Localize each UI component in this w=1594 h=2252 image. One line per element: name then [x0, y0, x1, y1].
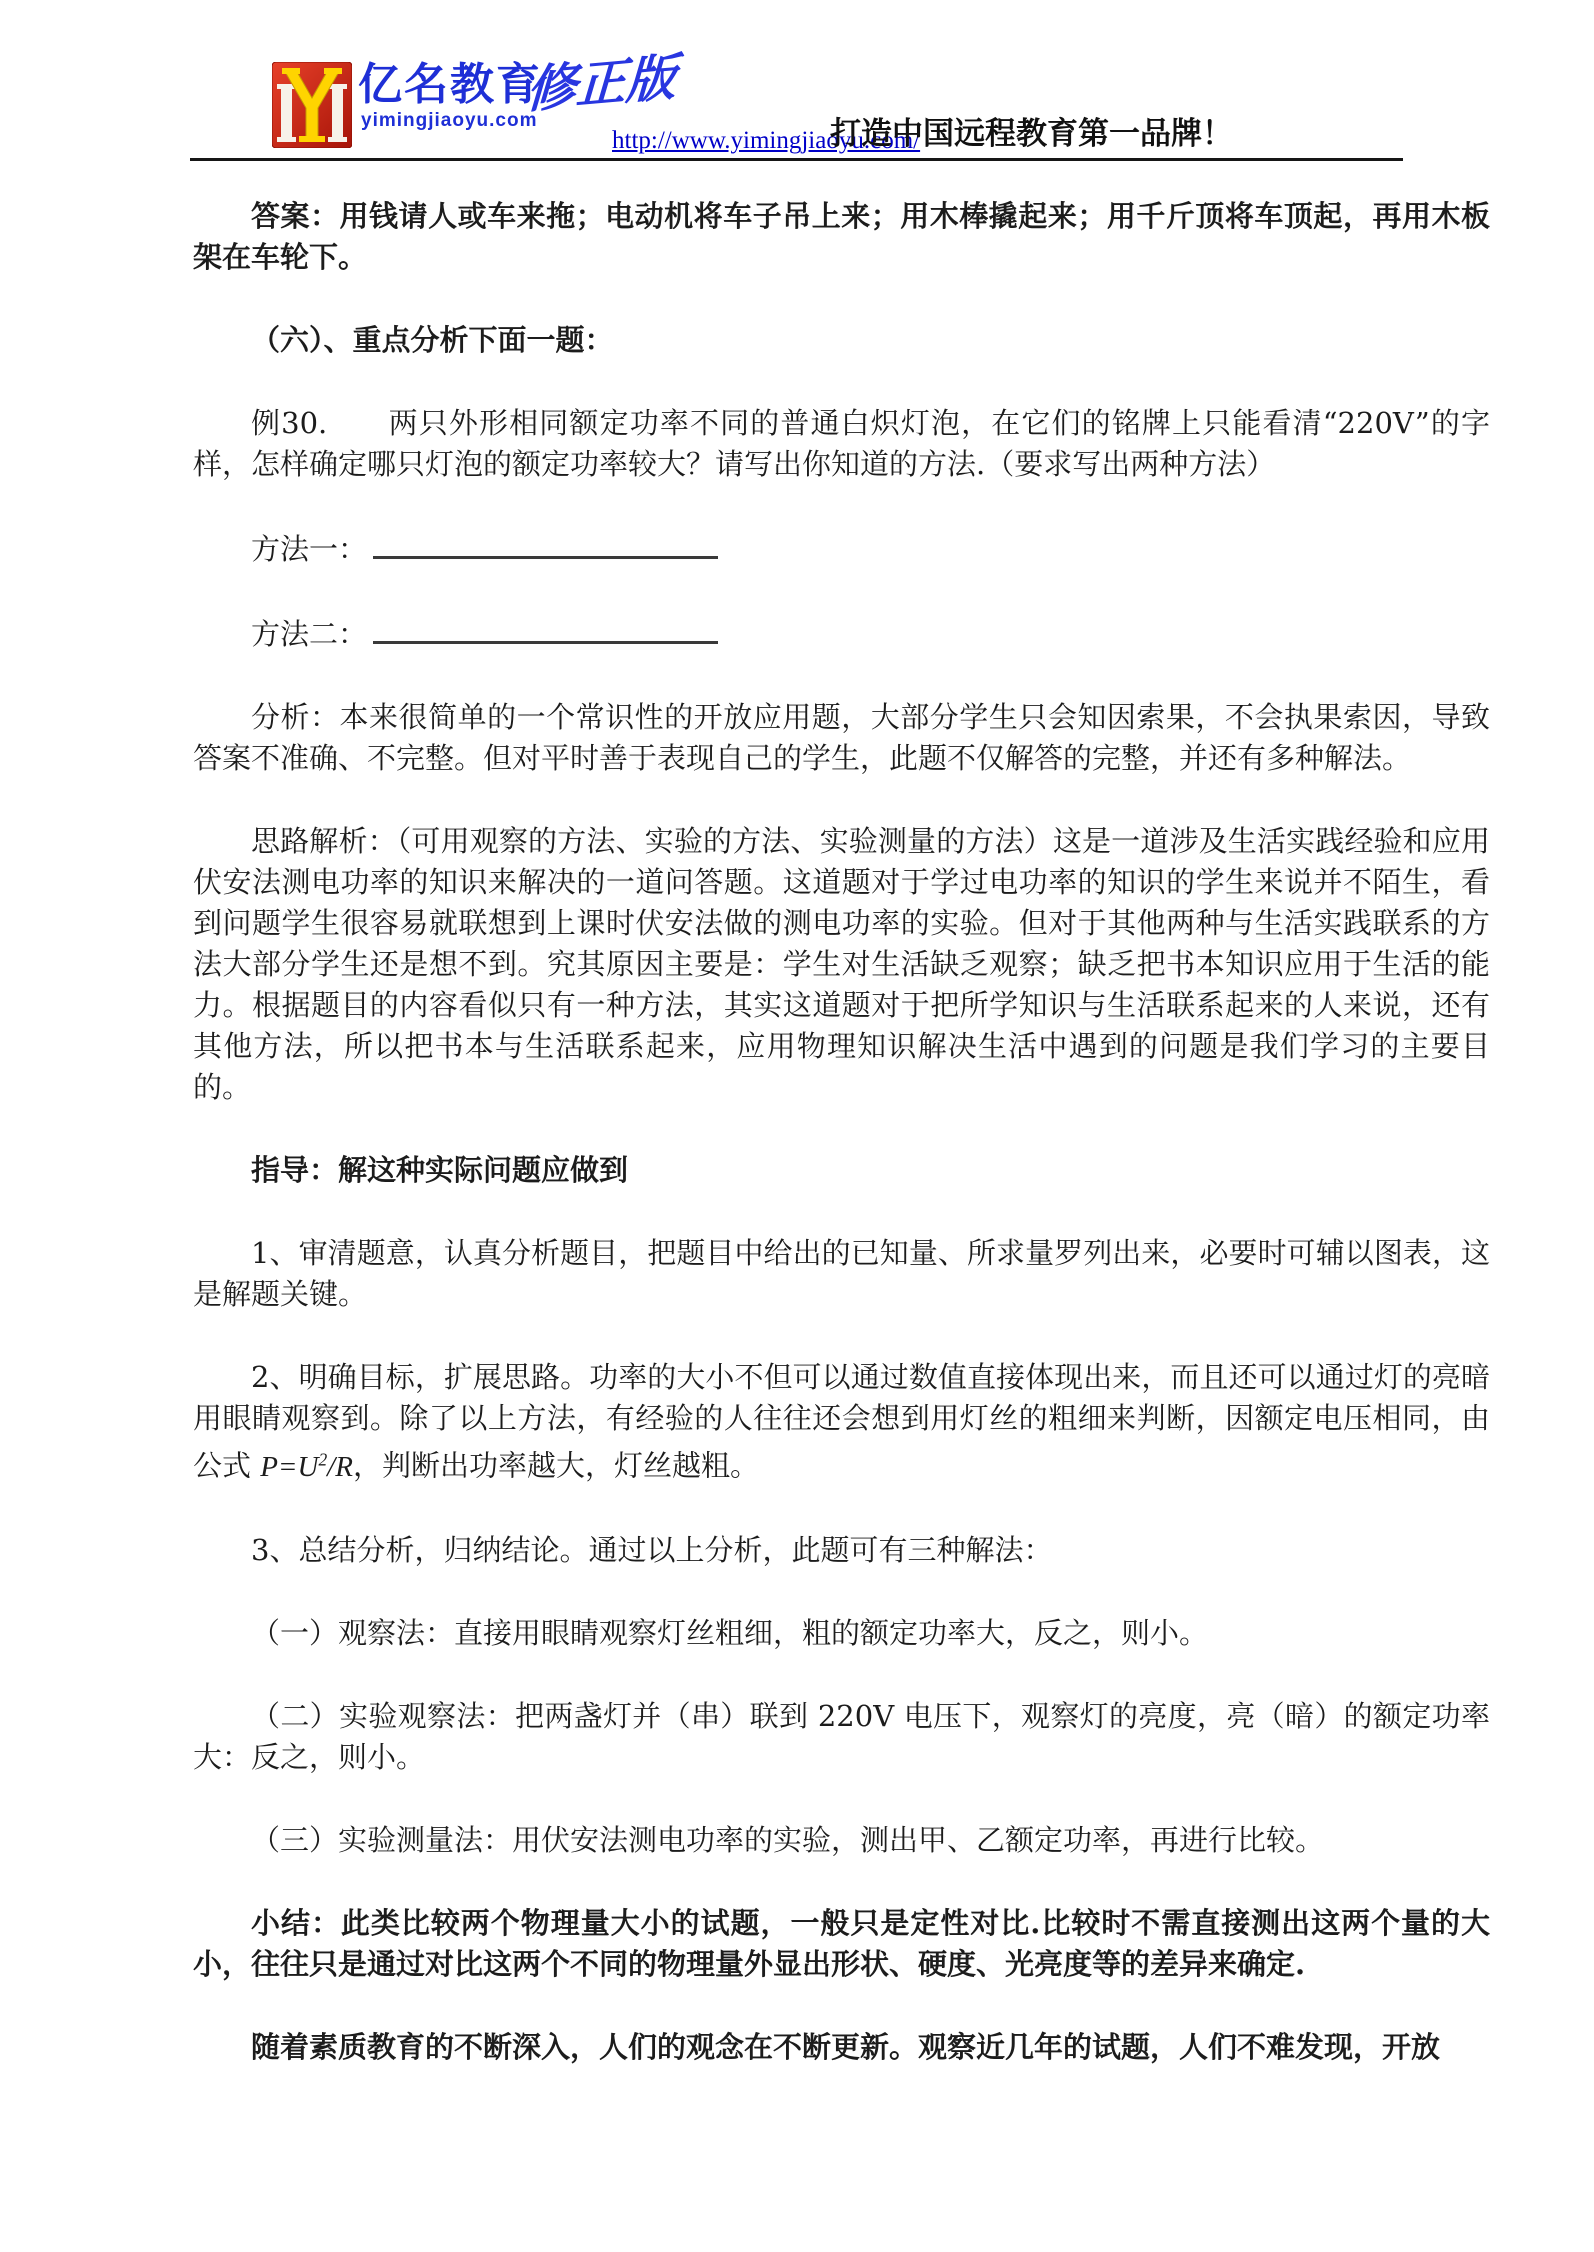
- document-body: 答案：用钱请人或车来拖；电动机将车子吊上来；用木棒撬起来；用千斤顶将车顶起，再用…: [193, 196, 1490, 2110]
- paragraph-closing: 随着素质教育的不断深入，人们的观念在不断更新。观察近几年的试题，人们不难发现，开…: [193, 2027, 1490, 2068]
- method-two-blank-line: [373, 612, 718, 644]
- paragraph-method-experiment-measure: （三）实验测量法：用伏安法测电功率的实验，测出甲、乙额定功率，再进行比较。: [193, 1820, 1490, 1861]
- method-two-label: 方法二：: [251, 617, 367, 651]
- heading-guide: 指导：解这种实际问题应做到: [193, 1150, 1490, 1191]
- header-tagline: 打造中国远程教育第一品牌！: [830, 116, 1233, 152]
- paragraph-summary: 小结：此类比较两个物理量大小的试题，一般只是定性对比.比较时不需直接测出这两个量…: [193, 1903, 1490, 1985]
- ym-monogram-icon: [272, 62, 352, 148]
- yiming-logo: [272, 62, 352, 148]
- step-2-text-after: ，判断出功率越大，灯丝越粗。: [353, 1449, 759, 1483]
- header-divider: [190, 158, 1403, 161]
- revision-stamp: 修正版: [525, 49, 677, 119]
- paragraph-method-observe: （一）观察法：直接用眼睛观察灯丝粗细，粗的额定功率大，反之，则小。: [193, 1613, 1490, 1654]
- paragraph-step-3: 3、总结分析，归纳结论。通过以上分析，此题可有三种解法：: [193, 1530, 1490, 1571]
- method-one-row: 方法一：: [193, 527, 1490, 570]
- formula-rest: /R: [327, 1451, 353, 1483]
- paragraph-thought-analysis: 思路解析：（可用观察的方法、实验的方法、实验测量的方法）这是一道涉及生活实践经验…: [193, 821, 1490, 1108]
- paragraph-example-30: 例30. 两只外形相同额定功率不同的普通白炽灯泡，在它们的铭牌上只能看清“220…: [193, 403, 1490, 485]
- document-page: 亿名教育 yimingjiaoyu.com 修正版 http://www.yim…: [0, 0, 1594, 2252]
- power-formula: P=U2/R: [260, 1451, 353, 1483]
- paragraph-step-1: 1、审清题意，认真分析题目，把题目中给出的已知量、所求量罗列出来，必要时可辅以图…: [193, 1233, 1490, 1315]
- method-two-row: 方法二：: [193, 612, 1490, 655]
- brand-domain-text: yimingjiaoyu.com: [361, 110, 537, 132]
- method-one-blank-line: [373, 527, 718, 559]
- brand-name-chinese: 亿名教育: [358, 60, 542, 110]
- paragraph-method-experiment-observe: （二）实验观察法：把两盏灯并（串）联到 220V 电压下，观察灯的亮度，亮（暗）…: [193, 1696, 1490, 1778]
- paragraph-answer: 答案：用钱请人或车来拖；电动机将车子吊上来；用木棒撬起来；用千斤顶将车顶起，再用…: [193, 196, 1490, 278]
- method-one-label: 方法一：: [251, 532, 367, 566]
- paragraph-step-2: 2、明确目标，扩展思路。功率的大小不但可以通过数值直接体现出来，而且还可以通过灯…: [193, 1357, 1490, 1488]
- formula-base: P=U: [260, 1451, 318, 1483]
- heading-section-six: （六）、重点分析下面一题：: [193, 320, 1490, 361]
- paragraph-analysis: 分析：本来很简单的一个常识性的开放应用题，大部分学生只会知因索果，不会执果索因，…: [193, 697, 1490, 779]
- formula-superscript: 2: [318, 1449, 327, 1469]
